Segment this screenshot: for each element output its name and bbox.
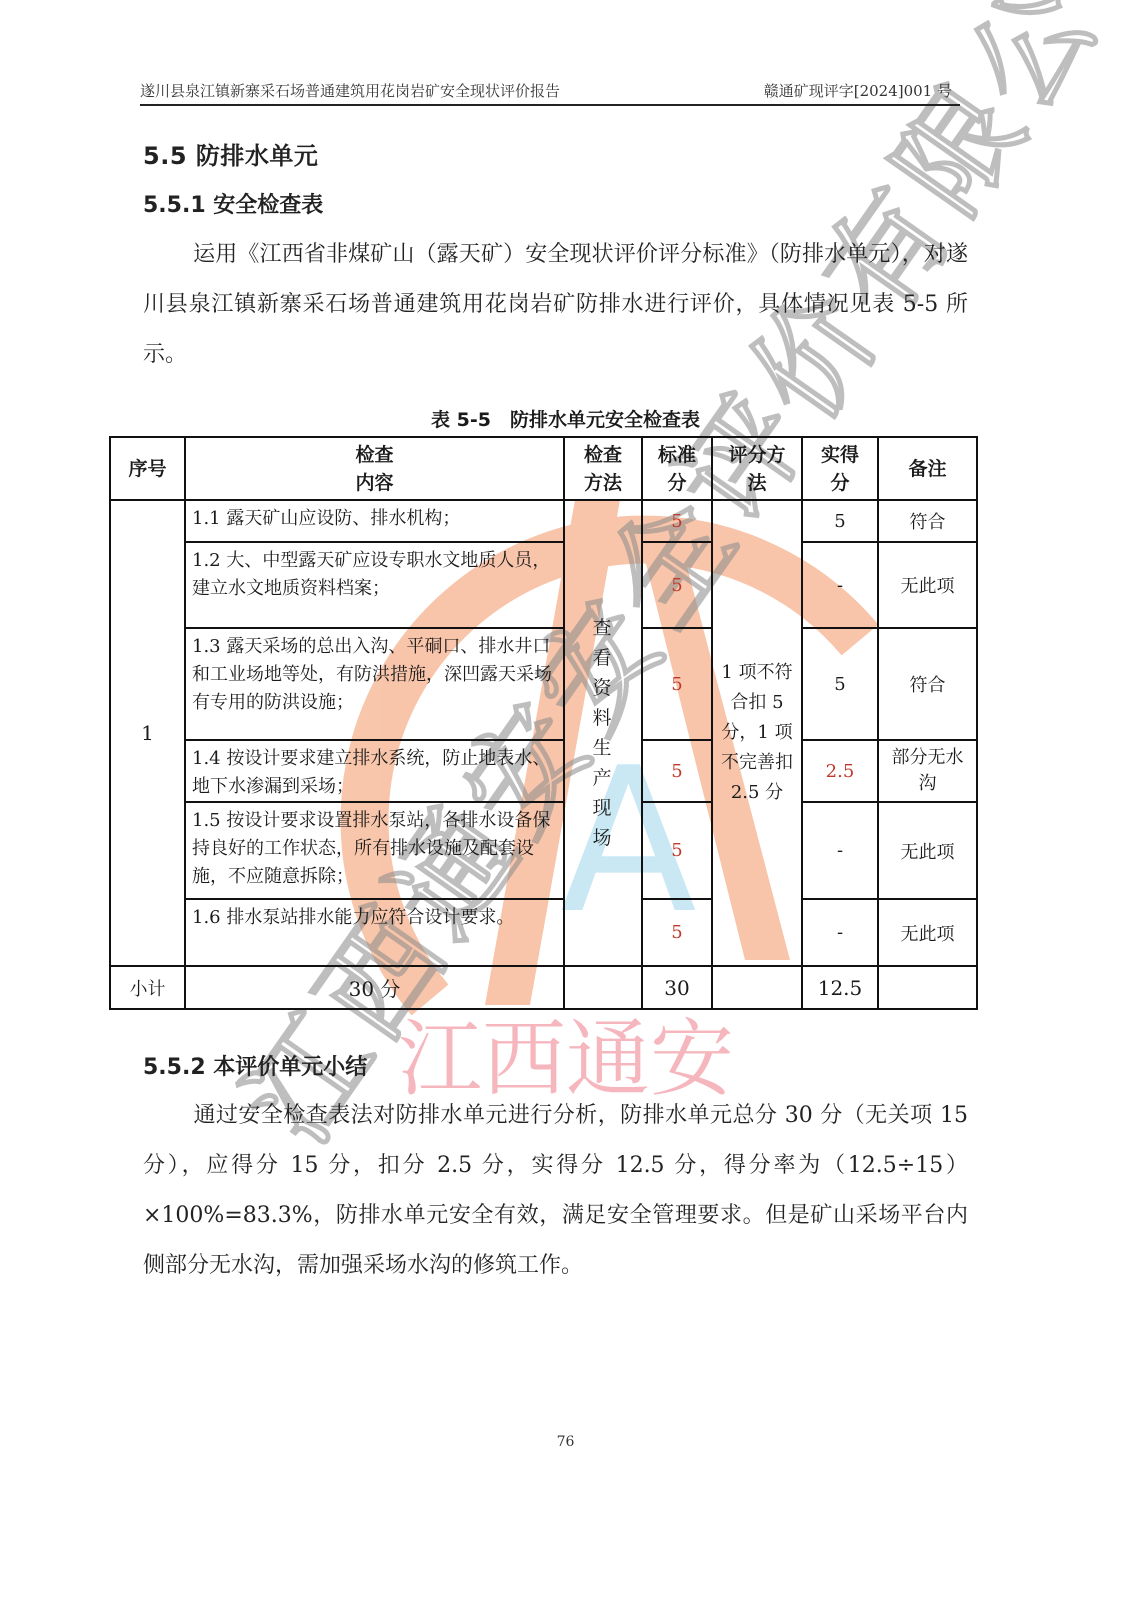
header-seq: 序号 bbox=[110, 437, 185, 500]
row-content: 1.6 排水泵站排水能力应符合设计要求。 bbox=[185, 899, 564, 966]
row-actual-score: 5 bbox=[802, 628, 878, 740]
check-method: 查看资料生产现场 bbox=[564, 500, 642, 966]
row-standard-score: 5 bbox=[642, 899, 712, 966]
header-scoring-method: 评分方法 bbox=[712, 437, 802, 500]
subtotal-content: 30 分 bbox=[185, 966, 564, 1009]
row-actual-score: - bbox=[802, 802, 878, 899]
table-row: 1.4 按设计要求建立排水系统，防止地表水、地下水渗漏到采场； 5 2.5 部分… bbox=[110, 740, 977, 802]
subtotal-scoring-empty bbox=[712, 966, 802, 1009]
row-standard-score: 5 bbox=[642, 542, 712, 628]
row-remark: 符合 bbox=[878, 500, 977, 542]
subtotal-label: 小计 bbox=[110, 966, 185, 1009]
header-standard-score: 标准分 bbox=[642, 437, 712, 500]
row-standard-score: 5 bbox=[642, 802, 712, 899]
row-remark: 无此项 bbox=[878, 542, 977, 628]
group-seq: 1 bbox=[110, 500, 185, 966]
table-row: 1 1.1 露天矿山应设防、排水机构； 查看资料生产现场 5 1 项不符合扣 5… bbox=[110, 500, 977, 542]
summary-paragraph: 通过安全检查表法对防排水单元进行分析，防排水单元总分 30 分（无关项 15 分… bbox=[143, 1091, 968, 1291]
document-number: 赣通矿现评字[2024]001 号 bbox=[764, 80, 952, 101]
row-remark: 无此项 bbox=[878, 802, 977, 899]
subtotal-actual-score: 12.5 bbox=[802, 966, 878, 1009]
row-content: 1.3 露天采场的总出入沟、平硐口、排水井口和工业场地等处，有防洪措施，深凹露天… bbox=[185, 628, 564, 740]
page-number: 76 bbox=[0, 1434, 1131, 1450]
row-standard-score: 5 bbox=[642, 740, 712, 802]
header-actual-score: 实得分 bbox=[802, 437, 878, 500]
row-remark: 无此项 bbox=[878, 899, 977, 966]
header-remark: 备注 bbox=[878, 437, 977, 500]
row-standard-score: 5 bbox=[642, 500, 712, 542]
row-actual-score: 2.5 bbox=[802, 740, 878, 802]
table-header-row: 序号 检查内容 检查方法 标准分 评分方法 实得分 备注 bbox=[110, 437, 977, 500]
row-actual-score: - bbox=[802, 899, 878, 966]
row-actual-score: 5 bbox=[802, 500, 878, 542]
row-standard-score: 5 bbox=[642, 628, 712, 740]
subtotal-method-empty bbox=[564, 966, 642, 1009]
subsection-title-summary: 5.5.2 本评价单元小结 bbox=[143, 1050, 367, 1081]
scoring-method: 1 项不符合扣 5 分，1 项不完善扣 2.5 分 bbox=[712, 500, 802, 966]
row-content: 1.2 大、中型露天矿应设专职水文地质人员，建立水文地质资料档案； bbox=[185, 542, 564, 628]
subsection-title-checklist: 5.5.1 安全检查表 bbox=[143, 188, 323, 219]
subtotal-row: 小计 30 分 30 12.5 bbox=[110, 966, 977, 1009]
table-row: 1.3 露天采场的总出入沟、平硐口、排水井口和工业场地等处，有防洪措施，深凹露天… bbox=[110, 628, 977, 740]
section-title: 5.5 防排水单元 bbox=[143, 136, 318, 171]
subtotal-standard-score: 30 bbox=[642, 966, 712, 1009]
subtotal-remark-empty bbox=[878, 966, 977, 1009]
row-content: 1.1 露天矿山应设防、排水机构； bbox=[185, 500, 564, 542]
header-content: 检查内容 bbox=[185, 437, 564, 500]
safety-checklist-table: 序号 检查内容 检查方法 标准分 评分方法 实得分 备注 1 1.1 露天矿山应… bbox=[109, 436, 978, 1010]
table-row: 1.5 按设计要求设置排水泵站，各排水设备保持良好的工作状态，所有排水设施及配套… bbox=[110, 802, 977, 899]
table-caption: 表 5-5 防排水单元安全检查表 bbox=[0, 405, 1131, 432]
intro-paragraph: 运用《江西省非煤矿山（露天矿）安全现状评价评分标准》（防排水单元），对遂川县泉江… bbox=[143, 230, 968, 380]
row-remark: 符合 bbox=[878, 628, 977, 740]
row-content: 1.4 按设计要求建立排水系统，防止地表水、地下水渗漏到采场； bbox=[185, 740, 564, 802]
row-remark: 部分无水沟 bbox=[878, 740, 977, 802]
page-header: 遂川县泉江镇新寨采石场普通建筑用花岗岩矿安全现状评价报告 赣通矿现评字[2024… bbox=[140, 78, 960, 106]
row-actual-score: - bbox=[802, 542, 878, 628]
table-row: 1.6 排水泵站排水能力应符合设计要求。 5 - 无此项 bbox=[110, 899, 977, 966]
header-method: 检查方法 bbox=[564, 437, 642, 500]
report-title: 遂川县泉江镇新寨采石场普通建筑用花岗岩矿安全现状评价报告 bbox=[140, 80, 560, 101]
row-content: 1.5 按设计要求设置排水泵站，各排水设备保持良好的工作状态，所有排水设施及配套… bbox=[185, 802, 564, 899]
table-row: 1.2 大、中型露天矿应设专职水文地质人员，建立水文地质资料档案； 5 - 无此… bbox=[110, 542, 977, 628]
